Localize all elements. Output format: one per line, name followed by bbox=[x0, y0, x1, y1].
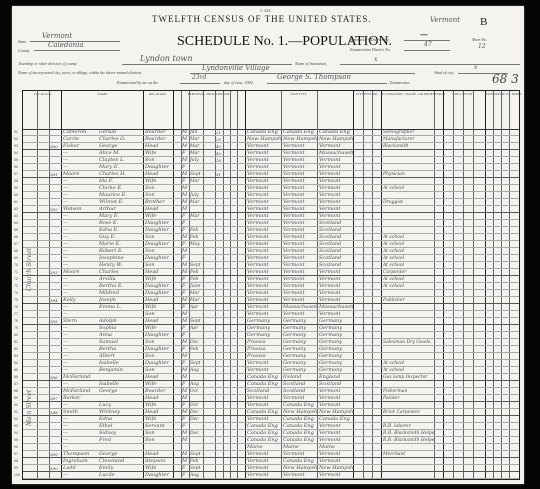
given-name: Clayton L. bbox=[99, 157, 143, 163]
mother-birthplace: Vermont bbox=[319, 430, 353, 436]
birthplace: Vermont bbox=[247, 157, 281, 163]
occupation bbox=[383, 465, 434, 471]
given-name: Henry W. bbox=[99, 262, 143, 268]
occupation bbox=[383, 164, 434, 170]
birth-month bbox=[190, 248, 203, 254]
given-name bbox=[99, 374, 143, 380]
occupation bbox=[383, 353, 434, 359]
row-number: 55 bbox=[14, 157, 18, 164]
father-birthplace: Germany bbox=[283, 353, 317, 359]
group-relation: RELATION. bbox=[143, 92, 173, 96]
age bbox=[216, 325, 223, 331]
age bbox=[216, 395, 223, 401]
row-number: 53 bbox=[14, 143, 18, 150]
mother-birthplace: Canada Eng bbox=[319, 129, 353, 135]
mother-birthplace: Scotland bbox=[319, 248, 353, 254]
relation: Wife bbox=[145, 304, 173, 310]
enumeration-value: 47 bbox=[424, 41, 432, 48]
mother-birthplace: Massachusetts bbox=[319, 304, 353, 310]
table-row: 94 — Sidney Son M Dec Canada Eng Canada … bbox=[23, 430, 519, 437]
family-number bbox=[50, 458, 61, 464]
sex: F bbox=[182, 472, 189, 478]
age bbox=[216, 178, 223, 184]
enumerator-label: , Enumerator. bbox=[388, 80, 410, 85]
row-number: 82 bbox=[14, 346, 18, 353]
occupation bbox=[383, 220, 434, 226]
occupation bbox=[383, 318, 434, 324]
surname: Watson bbox=[63, 206, 97, 212]
township-value: Lyndon town bbox=[140, 54, 193, 63]
father-birthplace: Vermont bbox=[283, 220, 317, 226]
age bbox=[216, 283, 223, 289]
given-name: Emma L. bbox=[99, 304, 143, 310]
birth-month bbox=[190, 220, 203, 226]
page-stamp: 68 3 bbox=[492, 72, 519, 86]
given-name: Albert bbox=[99, 353, 143, 359]
birthplace: Vermont bbox=[247, 451, 281, 457]
age bbox=[216, 248, 223, 254]
table-row: 77 — Son M Vermont Vermont Vermont bbox=[23, 311, 519, 318]
relation: Head bbox=[145, 409, 173, 415]
given-name: Mary E. bbox=[99, 164, 143, 170]
relation: Daughter bbox=[145, 283, 173, 289]
family-number bbox=[50, 346, 61, 352]
family-number bbox=[50, 416, 61, 422]
row-number: 86 bbox=[14, 374, 18, 381]
row-number: 61 bbox=[14, 199, 18, 206]
father-birthplace: New Hampshire bbox=[283, 136, 317, 142]
father-birthplace: New Hampshire bbox=[283, 465, 317, 471]
column-header: LOCATION. NAME. RELATION. PERSONAL DESCR… bbox=[23, 91, 519, 130]
surname: — bbox=[63, 290, 97, 296]
sex: M bbox=[182, 171, 189, 177]
family-number: 384 bbox=[50, 297, 61, 303]
relation: Son bbox=[145, 262, 173, 268]
father-birthplace: Vermont bbox=[283, 311, 317, 317]
ward-label: Ward of city, bbox=[434, 70, 454, 75]
family-number: 382 bbox=[50, 206, 61, 212]
father-birthplace: Vermont bbox=[283, 269, 317, 275]
relation: Son bbox=[145, 353, 173, 359]
family-number: 386 bbox=[50, 374, 61, 380]
occupation bbox=[383, 332, 434, 338]
family-number bbox=[50, 325, 61, 331]
sex: F bbox=[182, 325, 189, 331]
birthplace: Prussia bbox=[247, 353, 281, 359]
row-number: 93 bbox=[14, 423, 18, 430]
county-value: Caledonia bbox=[48, 41, 84, 49]
age bbox=[216, 444, 223, 450]
given-name: Josephine bbox=[99, 255, 143, 261]
sex: M bbox=[182, 339, 189, 345]
given-name: Cleveland bbox=[99, 458, 143, 464]
mother-birthplace: Scotland bbox=[319, 220, 353, 226]
table-row: 57 381 Moore Charles H. Head M Sept 51 V… bbox=[23, 171, 519, 178]
sheet-value: 12 bbox=[478, 43, 486, 50]
age bbox=[216, 367, 223, 373]
sex: M bbox=[182, 157, 189, 163]
row-number: 59 bbox=[14, 185, 18, 192]
birth-month: Sept bbox=[190, 451, 203, 457]
birthplace: Vermont bbox=[247, 262, 281, 268]
father-birthplace: Germany bbox=[283, 318, 317, 324]
age bbox=[216, 423, 223, 429]
occupation bbox=[383, 227, 434, 233]
father-birthplace: Germany bbox=[283, 360, 317, 366]
relation: Head bbox=[145, 318, 173, 324]
birthplace: Vermont bbox=[247, 395, 281, 401]
relation: Head bbox=[145, 269, 173, 275]
age bbox=[216, 185, 223, 191]
age: 40 bbox=[216, 150, 223, 156]
group-location: LOCATION. bbox=[25, 92, 61, 96]
sex: M bbox=[182, 262, 189, 268]
birthplace: Vermont bbox=[247, 297, 281, 303]
given-name: Ida F. bbox=[99, 178, 143, 184]
table-row: 51 Cameron Gerald Boarder M Jan 21 Canad… bbox=[23, 129, 519, 136]
mother-birthplace: Scotland bbox=[319, 262, 353, 268]
family-number bbox=[50, 185, 61, 191]
surname: Cameron bbox=[63, 129, 97, 135]
father-birthplace: Canada Eng bbox=[283, 416, 317, 422]
supervisor-label: Supervisor's District No. bbox=[350, 37, 390, 42]
birthplace: Vermont bbox=[247, 255, 281, 261]
father-birthplace: Germany bbox=[283, 325, 317, 331]
birth-month: Apr bbox=[190, 325, 203, 331]
occupation bbox=[383, 311, 434, 317]
family-number bbox=[50, 437, 61, 443]
relation: Head bbox=[145, 451, 173, 457]
birthplace: Canada Eng bbox=[247, 437, 281, 443]
sex: F bbox=[182, 164, 189, 170]
mother-birthplace: Vermont bbox=[319, 276, 353, 282]
father-birthplace: Vermont bbox=[283, 150, 317, 156]
relation: Wife bbox=[145, 465, 173, 471]
given-name: Alice M. bbox=[99, 150, 143, 156]
family-number bbox=[50, 290, 61, 296]
sex: M bbox=[182, 311, 189, 317]
birthplace: Prussia bbox=[247, 346, 281, 352]
surname: — bbox=[63, 437, 97, 443]
birthplace: Vermont bbox=[247, 283, 281, 289]
table-row: 55 — Clayton L. Son M July 18 Vermont Ve… bbox=[23, 157, 519, 164]
mother-birthplace: New Hampshire bbox=[319, 465, 353, 471]
sex: F bbox=[182, 227, 189, 233]
table-row: 97 389 Thompson George Head M Sept Vermo… bbox=[23, 451, 519, 458]
sheet-label: Sheet No. bbox=[472, 37, 487, 42]
birth-month: Mar bbox=[190, 213, 203, 219]
relation: Wife bbox=[145, 381, 173, 387]
age bbox=[216, 220, 223, 226]
relation: Head bbox=[145, 374, 173, 380]
occupation: R.R. laborer bbox=[383, 423, 434, 429]
age bbox=[216, 269, 223, 275]
father-birthplace: Vermont bbox=[283, 164, 317, 170]
mother-birthplace: Vermont bbox=[319, 157, 353, 163]
row-number: 78 bbox=[14, 318, 18, 325]
city-value: Lyndonville Village bbox=[202, 64, 270, 72]
given-name: Sophia bbox=[99, 325, 143, 331]
family-number bbox=[50, 339, 61, 345]
row-number: 69 bbox=[14, 255, 18, 262]
father-birthplace: Vermont bbox=[283, 283, 317, 289]
relation: Boarder bbox=[145, 388, 173, 394]
table-row: 93 — Ethel Servant F Canada Eng Canada E… bbox=[23, 423, 519, 430]
month-label: day of June, 1900, bbox=[224, 80, 253, 85]
table-row: 71 383 Moore Charles Head M Feb Vermont … bbox=[23, 269, 519, 276]
family-number: 380 bbox=[50, 143, 61, 149]
table-row: 80 — Anna Daughter F Germany Germany Ger… bbox=[23, 332, 519, 339]
table-row: 66 — Guy E. Son M Feb Vermont Vermont Sc… bbox=[23, 234, 519, 241]
birthplace: Vermont bbox=[247, 416, 281, 422]
state-label: State bbox=[18, 39, 26, 44]
surname: Stern bbox=[63, 318, 97, 324]
institution-label: Name of Institution, bbox=[295, 61, 327, 66]
occupation bbox=[383, 213, 434, 219]
given-name: Rose E. bbox=[99, 220, 143, 226]
census-sheet: 1-326 TWELFTH CENSUS OF THE UNITED STATE… bbox=[12, 6, 524, 484]
surname: — bbox=[63, 262, 97, 268]
age bbox=[216, 360, 223, 366]
row-number: 80 bbox=[14, 332, 18, 339]
birth-month bbox=[190, 255, 203, 261]
sex: F bbox=[182, 402, 189, 408]
mother-birthplace: Vermont bbox=[319, 213, 353, 219]
age bbox=[216, 339, 223, 345]
relation: Son bbox=[145, 248, 173, 254]
group-nativity: NATIVITY. bbox=[245, 92, 353, 96]
sex: F bbox=[182, 220, 189, 226]
family-number: 387 bbox=[50, 395, 61, 401]
occupation: At school bbox=[383, 367, 434, 373]
given-name: Robert E. bbox=[99, 248, 143, 254]
birthplace: Vermont bbox=[247, 185, 281, 191]
mother-birthplace: Vermont bbox=[319, 164, 353, 170]
birthplace: Canada Eng bbox=[247, 381, 281, 387]
mother-birthplace: Germany bbox=[319, 325, 353, 331]
occupation bbox=[383, 206, 434, 212]
surname: McFarland bbox=[63, 388, 97, 394]
sex: M bbox=[182, 185, 189, 191]
occupation: At school bbox=[383, 255, 434, 261]
occupation: Fisherman bbox=[383, 388, 434, 394]
occupation: Brick Carpenter bbox=[383, 409, 434, 415]
birthplace: Vermont bbox=[247, 304, 281, 310]
family-number: 383 bbox=[50, 269, 61, 275]
family-number bbox=[50, 129, 61, 135]
table-row: 78 385 Stern Adolph Head M Sept Germany … bbox=[23, 318, 519, 325]
street-note-main: Main Street bbox=[26, 390, 33, 426]
mother-birthplace: Vermont bbox=[319, 423, 353, 429]
sex: M bbox=[182, 248, 189, 254]
enumerator-value: George S. Thompson bbox=[277, 73, 351, 81]
surname: — bbox=[63, 346, 97, 352]
given-name: Adolph bbox=[99, 318, 143, 324]
row-number: 54 bbox=[14, 150, 18, 157]
father-birthplace: Massachusetts bbox=[283, 304, 317, 310]
occupation bbox=[383, 178, 434, 184]
birthplace: Canada Eng bbox=[247, 423, 281, 429]
age bbox=[216, 213, 223, 219]
row-number: 67 bbox=[14, 241, 18, 248]
age bbox=[216, 311, 223, 317]
table-row: 90 — Lucy Wife F Oct Vermont Canada Eng … bbox=[23, 402, 519, 409]
township-label: Township or other division of county bbox=[18, 61, 77, 66]
birth-month: Feb bbox=[190, 458, 203, 464]
occupation bbox=[383, 458, 434, 464]
mother-birthplace: New Hampshire bbox=[319, 409, 353, 415]
mother-birthplace: Vermont bbox=[319, 143, 353, 149]
birth-month: Sept bbox=[190, 262, 203, 268]
sex: M bbox=[182, 430, 189, 436]
mother-birthplace: Massachusetts bbox=[319, 150, 353, 156]
surname: — bbox=[63, 157, 97, 163]
mother-birthplace: Vermont bbox=[319, 311, 353, 317]
age bbox=[216, 297, 223, 303]
table-row: 87 — Isabelle Wife F Aug Canada Eng Scot… bbox=[23, 381, 519, 388]
occupation: At school bbox=[383, 262, 434, 268]
age: 25 bbox=[216, 136, 223, 142]
sex: F bbox=[182, 416, 189, 422]
form-id: 1-326 bbox=[260, 8, 271, 13]
occupation: At school bbox=[383, 283, 434, 289]
father-birthplace: Canada Eng bbox=[283, 423, 317, 429]
given-name: Arvilla bbox=[99, 276, 143, 282]
county-label: County bbox=[18, 48, 30, 53]
row-number: 75 bbox=[14, 297, 18, 304]
state-value: Vermont bbox=[42, 32, 72, 40]
sex: M bbox=[182, 437, 189, 443]
birth-month: Feb bbox=[190, 269, 203, 275]
age bbox=[216, 416, 223, 422]
mother-birthplace: Scotland bbox=[319, 234, 353, 240]
given-name: Isabelle bbox=[99, 360, 143, 366]
given-name: Emily bbox=[99, 465, 143, 471]
age bbox=[216, 402, 223, 408]
father-birthplace: New Hampshire bbox=[283, 409, 317, 415]
birthplace: Germany bbox=[247, 325, 281, 331]
sex: F bbox=[182, 360, 189, 366]
family-number bbox=[50, 388, 61, 394]
surname: Smith bbox=[63, 409, 97, 415]
sex: M bbox=[182, 269, 189, 275]
age bbox=[216, 430, 223, 436]
age bbox=[216, 192, 223, 198]
occupation: At school bbox=[383, 241, 434, 247]
row-number: 72 bbox=[14, 276, 18, 283]
surname: — bbox=[63, 472, 97, 478]
relation: Daughter bbox=[145, 255, 173, 261]
sex: M bbox=[182, 367, 189, 373]
occupation bbox=[383, 402, 434, 408]
father-birthplace: Vermont bbox=[283, 227, 317, 233]
surname: Moore bbox=[63, 171, 97, 177]
given-name: Mildred bbox=[99, 290, 143, 296]
father-birthplace: Canada Eng bbox=[283, 458, 317, 464]
father-birthplace: Vermont bbox=[283, 276, 317, 282]
relation: Head bbox=[145, 206, 173, 212]
sex bbox=[182, 444, 189, 450]
birthplace: Germany bbox=[247, 332, 281, 338]
occupation: Blacksmith bbox=[383, 143, 434, 149]
table-row: 67 — Marie E. Daughter F May Vermont Ver… bbox=[23, 241, 519, 248]
row-number: 88 bbox=[14, 388, 18, 395]
birth-month: Dec bbox=[190, 416, 203, 422]
row-number: 83 bbox=[14, 353, 18, 360]
given-name bbox=[99, 444, 143, 450]
group-citizenship: CITIZENSHIP. bbox=[353, 92, 381, 96]
birth-month: Sept bbox=[190, 360, 203, 366]
family-number bbox=[50, 332, 61, 338]
occupation: Merchant bbox=[383, 451, 434, 457]
mother-birthplace: Vermont bbox=[319, 283, 353, 289]
table-row: 62 382 Watson Arthur Head M Vermont Verm… bbox=[23, 206, 519, 213]
given-name: Charles G. bbox=[99, 136, 143, 142]
father-birthplace: Canada Eng bbox=[283, 430, 317, 436]
occupation bbox=[383, 150, 434, 156]
surname: — bbox=[63, 416, 97, 422]
table-row: 75 384 Kelly Joseph Head M Mar Vermont V… bbox=[23, 297, 519, 304]
birthplace: Vermont bbox=[247, 143, 281, 149]
table-row: 83 — Albert Son M Prussia Germany German… bbox=[23, 353, 519, 360]
family-number bbox=[50, 241, 61, 247]
relation: Wife bbox=[145, 402, 173, 408]
relation: Wife bbox=[145, 213, 173, 219]
sex: F bbox=[182, 241, 189, 247]
table-row: 68 — Robert E. Son M Vermont Vermont Sco… bbox=[23, 248, 519, 255]
family-number bbox=[50, 444, 61, 450]
sex: M bbox=[182, 458, 189, 464]
father-birthplace: Vermont bbox=[283, 248, 317, 254]
father-birthplace: Vermont bbox=[283, 171, 317, 177]
father-birthplace: Vermont bbox=[283, 185, 317, 191]
surname: — bbox=[63, 304, 97, 310]
age bbox=[216, 262, 223, 268]
relation: Head bbox=[145, 297, 173, 303]
mother-birthplace: Germany bbox=[319, 346, 353, 352]
sex: M bbox=[182, 206, 189, 212]
birthplace: Vermont bbox=[247, 150, 281, 156]
birthplace: Vermont bbox=[247, 472, 281, 478]
relation: Son bbox=[145, 157, 173, 163]
table-row: 61 — Wilmot E. Brother M Mar Vermont Ver… bbox=[23, 199, 519, 206]
given-name: Edna E. bbox=[99, 227, 143, 233]
surname: — bbox=[63, 276, 97, 282]
birthplace: Vermont bbox=[247, 367, 281, 373]
birth-month: June bbox=[190, 283, 203, 289]
birth-month: Mar bbox=[190, 297, 203, 303]
father-birthplace: Vermont bbox=[283, 178, 317, 184]
table-row: 91 388 Smith Whitney Head M Dec Canada E… bbox=[23, 409, 519, 416]
family-number bbox=[50, 157, 61, 163]
given-name: Fred bbox=[99, 437, 143, 443]
mother-birthplace: Vermont bbox=[319, 395, 353, 401]
table-row: 96 — Maine Maine Maine bbox=[23, 444, 519, 451]
row-number: 73 bbox=[14, 283, 18, 290]
mother-birthplace: New Hampshire bbox=[319, 136, 353, 142]
mother-birthplace: Germany bbox=[319, 332, 353, 338]
age bbox=[216, 304, 223, 310]
sex: F bbox=[182, 283, 189, 289]
birthplace: Vermont bbox=[247, 220, 281, 226]
surname: Thompson bbox=[63, 451, 97, 457]
birth-month bbox=[190, 374, 203, 380]
table-row: 88 McFarland George Boarder M Oct Scotla… bbox=[23, 388, 519, 395]
mother-birthplace: Maine bbox=[319, 444, 353, 450]
birthplace: Vermont bbox=[247, 276, 281, 282]
occupation: Gas lamp Inspector bbox=[383, 374, 434, 380]
occupation bbox=[383, 290, 434, 296]
